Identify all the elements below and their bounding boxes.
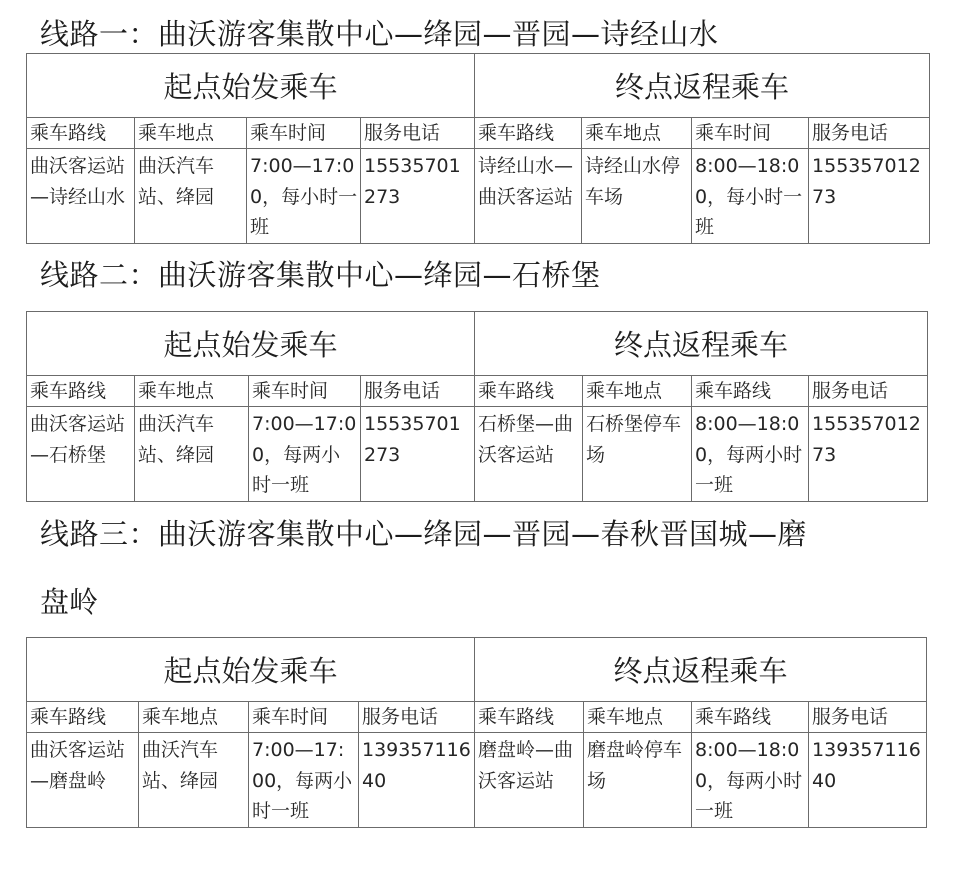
route-1-schedule-table: 起点始发乘车 终点返程乘车 乘车路线 乘车地点 乘车时间 服务电话 乘车路线 乘… xyxy=(26,53,930,244)
col-route: 乘车路线 xyxy=(475,702,584,733)
cell-route: 曲沃客运站—诗经山水 xyxy=(27,149,135,244)
cell-location: 石桥堡停车场 xyxy=(583,407,692,502)
col-time: 乘车时间 xyxy=(249,376,361,407)
cell-phone: 15535701273 xyxy=(361,149,475,244)
cell-route: 曲沃客运站—石桥堡 xyxy=(27,407,135,502)
col-route: 乘车路线 xyxy=(475,118,582,149)
col-location: 乘车地点 xyxy=(135,376,249,407)
outbound-header: 起点始发乘车 xyxy=(27,312,475,376)
col-phone: 服务电话 xyxy=(809,376,928,407)
col-phone: 服务电话 xyxy=(359,702,475,733)
return-header: 终点返程乘车 xyxy=(475,638,927,702)
col-phone: 服务电话 xyxy=(361,118,475,149)
col-time: 乘车时间 xyxy=(249,702,359,733)
cell-time: 7:00—17:00，每小时一班 xyxy=(247,149,361,244)
route-2-title: 线路二：曲沃游客集散中心—绛园—石桥堡 xyxy=(40,257,601,293)
col-route: 乘车路线 xyxy=(27,376,135,407)
col-route: 乘车路线 xyxy=(27,702,139,733)
return-header: 终点返程乘车 xyxy=(475,54,930,118)
col-location: 乘车地点 xyxy=(139,702,249,733)
cell-location: 诗经山水停车场 xyxy=(582,149,692,244)
cell-time: 8:00—18:00，每两小时一班 xyxy=(692,733,809,828)
cell-route: 石桥堡—曲沃客运站 xyxy=(475,407,583,502)
return-header: 终点返程乘车 xyxy=(475,312,928,376)
col-location: 乘车地点 xyxy=(135,118,247,149)
table-row: 曲沃客运站—石桥堡 曲沃汽车站、绛园 7:00—17:00，每两小时一班 155… xyxy=(27,407,928,502)
col-phone: 服务电话 xyxy=(809,118,930,149)
col-phone: 服务电话 xyxy=(361,376,475,407)
col-time: 乘车路线 xyxy=(692,702,809,733)
cell-time: 8:00—18:00，每小时一班 xyxy=(692,149,809,244)
col-location: 乘车地点 xyxy=(583,376,692,407)
cell-time: 8:00—18:00，每两小时一班 xyxy=(692,407,809,502)
col-time: 乘车时间 xyxy=(247,118,361,149)
col-time: 乘车路线 xyxy=(692,376,809,407)
route-3-title-continuation: 盘岭 xyxy=(40,584,98,620)
col-time: 乘车时间 xyxy=(692,118,809,149)
cell-location: 曲沃汽车站、绛园 xyxy=(139,733,249,828)
route-1-title: 线路一：曲沃游客集散中心—绛园—晋园—诗经山水 xyxy=(40,16,719,52)
table-row: 曲沃客运站—磨盘岭 曲沃汽车站、绛园 7:00—17:00，每两小时一班 139… xyxy=(27,733,927,828)
cell-location: 曲沃汽车站、绛园 xyxy=(135,149,247,244)
cell-route: 曲沃客运站—磨盘岭 xyxy=(27,733,139,828)
col-location: 乘车地点 xyxy=(584,702,692,733)
route-2-schedule-table: 起点始发乘车 终点返程乘车 乘车路线 乘车地点 乘车时间 服务电话 乘车路线 乘… xyxy=(26,311,928,502)
outbound-header: 起点始发乘车 xyxy=(27,638,475,702)
col-location: 乘车地点 xyxy=(582,118,692,149)
cell-phone: 13935711640 xyxy=(809,733,927,828)
table-row: 曲沃客运站—诗经山水 曲沃汽车站、绛园 7:00—17:00，每小时一班 155… xyxy=(27,149,930,244)
route-3-title: 线路三：曲沃游客集散中心—绛园—晋园—春秋晋国城—磨 xyxy=(40,516,807,552)
cell-location: 磨盘岭停车场 xyxy=(584,733,692,828)
cell-phone: 13935711640 xyxy=(359,733,475,828)
cell-phone: 15535701273 xyxy=(361,407,475,502)
cell-time: 7:00—17:00，每两小时一班 xyxy=(249,407,361,502)
col-phone: 服务电话 xyxy=(809,702,927,733)
cell-route: 诗经山水—曲沃客运站 xyxy=(475,149,582,244)
cell-phone: 15535701273 xyxy=(809,149,930,244)
cell-location: 曲沃汽车站、绛园 xyxy=(135,407,249,502)
cell-route: 磨盘岭—曲沃客运站 xyxy=(475,733,584,828)
route-3-schedule-table: 起点始发乘车 终点返程乘车 乘车路线 乘车地点 乘车时间 服务电话 乘车路线 乘… xyxy=(26,637,927,828)
cell-phone: 15535701273 xyxy=(809,407,928,502)
col-route: 乘车路线 xyxy=(475,376,583,407)
col-route: 乘车路线 xyxy=(27,118,135,149)
cell-time: 7:00—17:00，每两小时一班 xyxy=(249,733,359,828)
outbound-header: 起点始发乘车 xyxy=(27,54,475,118)
